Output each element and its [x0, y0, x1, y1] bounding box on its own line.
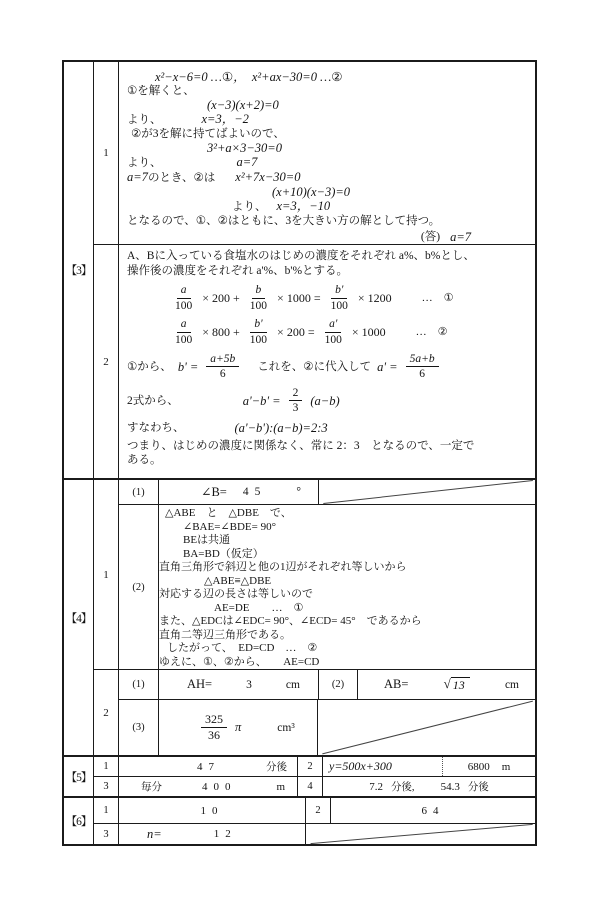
problem-number: 2: [94, 670, 119, 755]
answer-cell: 64: [331, 798, 535, 823]
proof-line: BA=BD（仮定）: [159, 548, 422, 562]
question-label: (1): [119, 670, 159, 699]
answer-value: 45: [243, 486, 267, 498]
section-4-label: 【4】: [64, 480, 94, 755]
empty-cell-diagonal: [319, 480, 535, 504]
proof-line: △ABE と △DBE で、: [159, 507, 422, 521]
answer-table: 【3】 1 x²−x−6=0 …①， x²+ax−30=0 …② ①を解くと、 …: [62, 60, 537, 846]
conclusion-line: つまり、はじめの濃度に関係なく、常に 2：3 となるので、一定で: [127, 439, 529, 453]
answer-value: 6800: [468, 761, 490, 773]
answer-value: 64: [422, 805, 445, 817]
square-root: √13: [444, 677, 470, 693]
answer-value: 12: [214, 828, 237, 840]
text-line: a=7のとき、②はx²+7x−30=0: [127, 170, 529, 185]
answer-unit: 分後: [468, 779, 489, 794]
fraction: a+5b6: [206, 353, 239, 381]
fraction: b100: [246, 284, 271, 312]
question-number: 3: [94, 824, 119, 844]
section3-problem2: 2 A、Bに入っている食塩水のはじめの濃度をそれぞれ a%、b%とし、 操作後の…: [94, 245, 535, 478]
equation-tag: … ②: [416, 325, 448, 339]
text-line: ①を解くと、: [127, 84, 529, 98]
question-number: 3: [94, 777, 119, 796]
answer-lhs: AB=: [384, 677, 408, 692]
pi-symbol: π: [235, 720, 241, 735]
answer-row: 3 n= 12: [94, 824, 535, 844]
answer-row: 1 47 分後 2 y=500x+300 6800 m: [94, 757, 535, 777]
answer-lhs: AH=: [187, 677, 212, 692]
answer-cell-ah: AH= 3 cm: [159, 670, 319, 699]
empty-cell-diagonal: [306, 824, 535, 844]
conclusion-line: ある。: [127, 453, 529, 467]
proof-line: BEは共通: [159, 534, 422, 548]
solution-text: A、Bに入っている食塩水のはじめの濃度をそれぞれ a%、b%とし、 操作後の濃度…: [119, 245, 535, 478]
fraction: a100: [171, 284, 196, 312]
answer-prefix: n=: [147, 827, 162, 842]
question-number: 2: [298, 757, 323, 776]
question-label: (2): [119, 505, 159, 669]
section-3: 【3】 1 x²−x−6=0 …①， x²+ax−30=0 …② ①を解くと、 …: [64, 62, 535, 480]
text-line: より、a=7: [127, 155, 529, 170]
equation-2: a100 × 800 + b'100 × 200 = a'100 × 1000 …: [127, 318, 529, 346]
fraction: b'100: [246, 318, 271, 346]
answer-value: a=7: [450, 230, 471, 244]
answer-cell-ab: AB= √13 cm: [358, 670, 535, 699]
answer-row: (1) ∠B= 45 °: [119, 480, 535, 505]
section-6-label: 【6】: [64, 798, 94, 844]
equation-line: 3²+a×3−30=0: [127, 141, 529, 155]
fraction: 5a+b6: [406, 353, 439, 381]
section4-problem2: 2 (1) AH= 3 cm (2): [94, 670, 535, 755]
answer-value: 54.3: [441, 781, 460, 793]
fraction: 32536: [201, 713, 227, 742]
proof-line: ゆえに、①、②から、 AE=CD: [159, 656, 422, 670]
fraction: 23: [289, 387, 303, 415]
empty-cell-diagonal: [318, 700, 535, 755]
section-3-label: 【3】: [64, 62, 94, 478]
proof-line: 直角二等辺三角形である。: [159, 629, 422, 643]
answer-unit: cm: [505, 679, 519, 691]
proof-row: (2) △ABE と △DBE で、 ∠BAE=∠BDE= 90° BEは共通 …: [119, 505, 535, 669]
equation-answer: y=500x+300: [329, 759, 392, 774]
problem-number: 1: [94, 62, 119, 244]
answer-cell-volume: 32536 π cm³: [159, 700, 318, 755]
answer-cell: 7.2 分後, 54.3 分後: [323, 777, 535, 796]
section-6: 【6】 1 10 2 64 3 n= 12: [64, 798, 535, 844]
problem-number: 2: [94, 245, 119, 478]
answer-unit: m: [276, 781, 285, 793]
answer-unit: m: [502, 761, 511, 773]
proof-text: △ABE と △DBE で、 ∠BAE=∠BDE= 90° BEは共通 BA=B…: [159, 505, 422, 669]
answer-value: 3: [246, 679, 252, 691]
answer-value: 7.2: [369, 781, 383, 793]
problem-number: 1: [94, 480, 119, 669]
proof-line: AE=DE … ①: [159, 602, 422, 616]
answer-cell: 47 分後: [119, 757, 298, 776]
answer-unit: 分後: [266, 759, 287, 774]
answer-cell: 毎分 400 m: [119, 777, 298, 796]
equation-line: (x+10)(x−3)=0: [127, 185, 529, 199]
proof-line: また、△EDCは∠EDC= 90°、∠ECD= 45° であるから: [159, 615, 422, 629]
question-number: 2: [306, 798, 331, 823]
answer-unit: 分後,: [391, 779, 415, 794]
equation-tag: … ①: [422, 291, 454, 305]
scanned-exam-answer-sheet: { "sec3": { "label": "【3】", "p1": { "num…: [0, 0, 600, 900]
question-number: 1: [94, 757, 119, 776]
answer-unit: cm: [286, 679, 300, 691]
substitution-line: ①から、 b' = a+5b6 これを、②に代入して a' = 5a+b6: [127, 353, 529, 381]
proof-line: ∠BAE=∠BDE= 90°: [159, 521, 422, 535]
answer-lhs: ∠B=: [201, 484, 227, 500]
text-line: A、Bに入っている食塩水のはじめの濃度をそれぞれ a%、b%とし、: [127, 249, 529, 264]
question-label: (2): [319, 670, 358, 699]
section4-problem1: 1 (1) ∠B= 45 °: [94, 480, 535, 670]
answer-line: (答)a=7: [127, 230, 529, 244]
answer-unit: cm³: [277, 722, 295, 734]
question-label: (1): [119, 480, 159, 504]
answer-label: (答): [421, 230, 440, 244]
equation-1: a100 × 200 + b100 × 1000 = b'100 × 1200 …: [127, 284, 529, 312]
difference-line: 2式から、 a'−b' = 23 (a−b): [127, 387, 529, 415]
proof-line: △ABE≡△DBE: [159, 575, 422, 589]
answer-value: 47: [197, 761, 220, 773]
answer-prefix: 毎分: [141, 779, 162, 794]
section-5: 【5】 1 47 分後 2 y=500x+300 6800 m: [64, 757, 535, 798]
answer-row: (1) AH= 3 cm (2) AB= √13: [119, 670, 535, 700]
section3-problem1: 1 x²−x−6=0 …①， x²+ax−30=0 …② ①を解くと、 (x−3…: [94, 62, 535, 245]
section-4: 【4】 1 (1) ∠B= 45 °: [64, 480, 535, 757]
fraction: a100: [171, 318, 196, 346]
fraction: b'100: [327, 284, 352, 312]
answer-cell: y=500x+300 6800 m: [323, 757, 535, 776]
text-line: 操作後の濃度をそれぞれ a'%、b'%とする。: [127, 264, 529, 279]
answer-value: 10: [201, 805, 224, 817]
question-label: (3): [119, 700, 159, 755]
text-line: ②が3を解に持てばよいので、: [127, 127, 529, 141]
proof-line: 対応する辺の長さは等しいので: [159, 588, 422, 602]
section-5-label: 【5】: [64, 757, 94, 796]
equation-line: x²−x−6=0 …①， x²+ax−30=0 …②: [127, 70, 529, 84]
text-line: より、x=3，−2: [127, 112, 529, 127]
answer-cell-angle-b: ∠B= 45 °: [159, 480, 319, 504]
proof-line: したがって、 ED=CD … ②: [159, 642, 422, 656]
solution-text: x²−x−6=0 …①， x²+ax−30=0 …② ①を解くと、 (x−3)(…: [119, 62, 535, 244]
ratio-line: すなわち、 (a'−b'):(a−b)=2:3: [127, 421, 529, 435]
question-number: 4: [298, 777, 323, 796]
text-line: より、x=3，−10: [127, 199, 529, 214]
proof-line: 直角三角形で斜辺と他の1辺がそれぞれ等しいから: [159, 561, 422, 575]
fraction: a'100: [321, 318, 346, 346]
answer-row: 1 10 2 64: [94, 798, 535, 824]
answer-row: (3) 32536 π cm³: [119, 700, 535, 755]
answer-cell: 10: [119, 798, 306, 823]
answer-unit: °: [296, 486, 301, 498]
answer-row: 3 毎分 400 m 4 7.2 分後, 54.3 分後: [94, 777, 535, 796]
text-line: となるので、①、②はともに、3を大きい方の解として持つ。: [127, 214, 529, 228]
equation-line: (x−3)(x+2)=0: [127, 98, 529, 112]
answer-value: 400: [202, 781, 237, 793]
question-number: 1: [94, 798, 119, 823]
answer-cell: n= 12: [119, 824, 306, 844]
